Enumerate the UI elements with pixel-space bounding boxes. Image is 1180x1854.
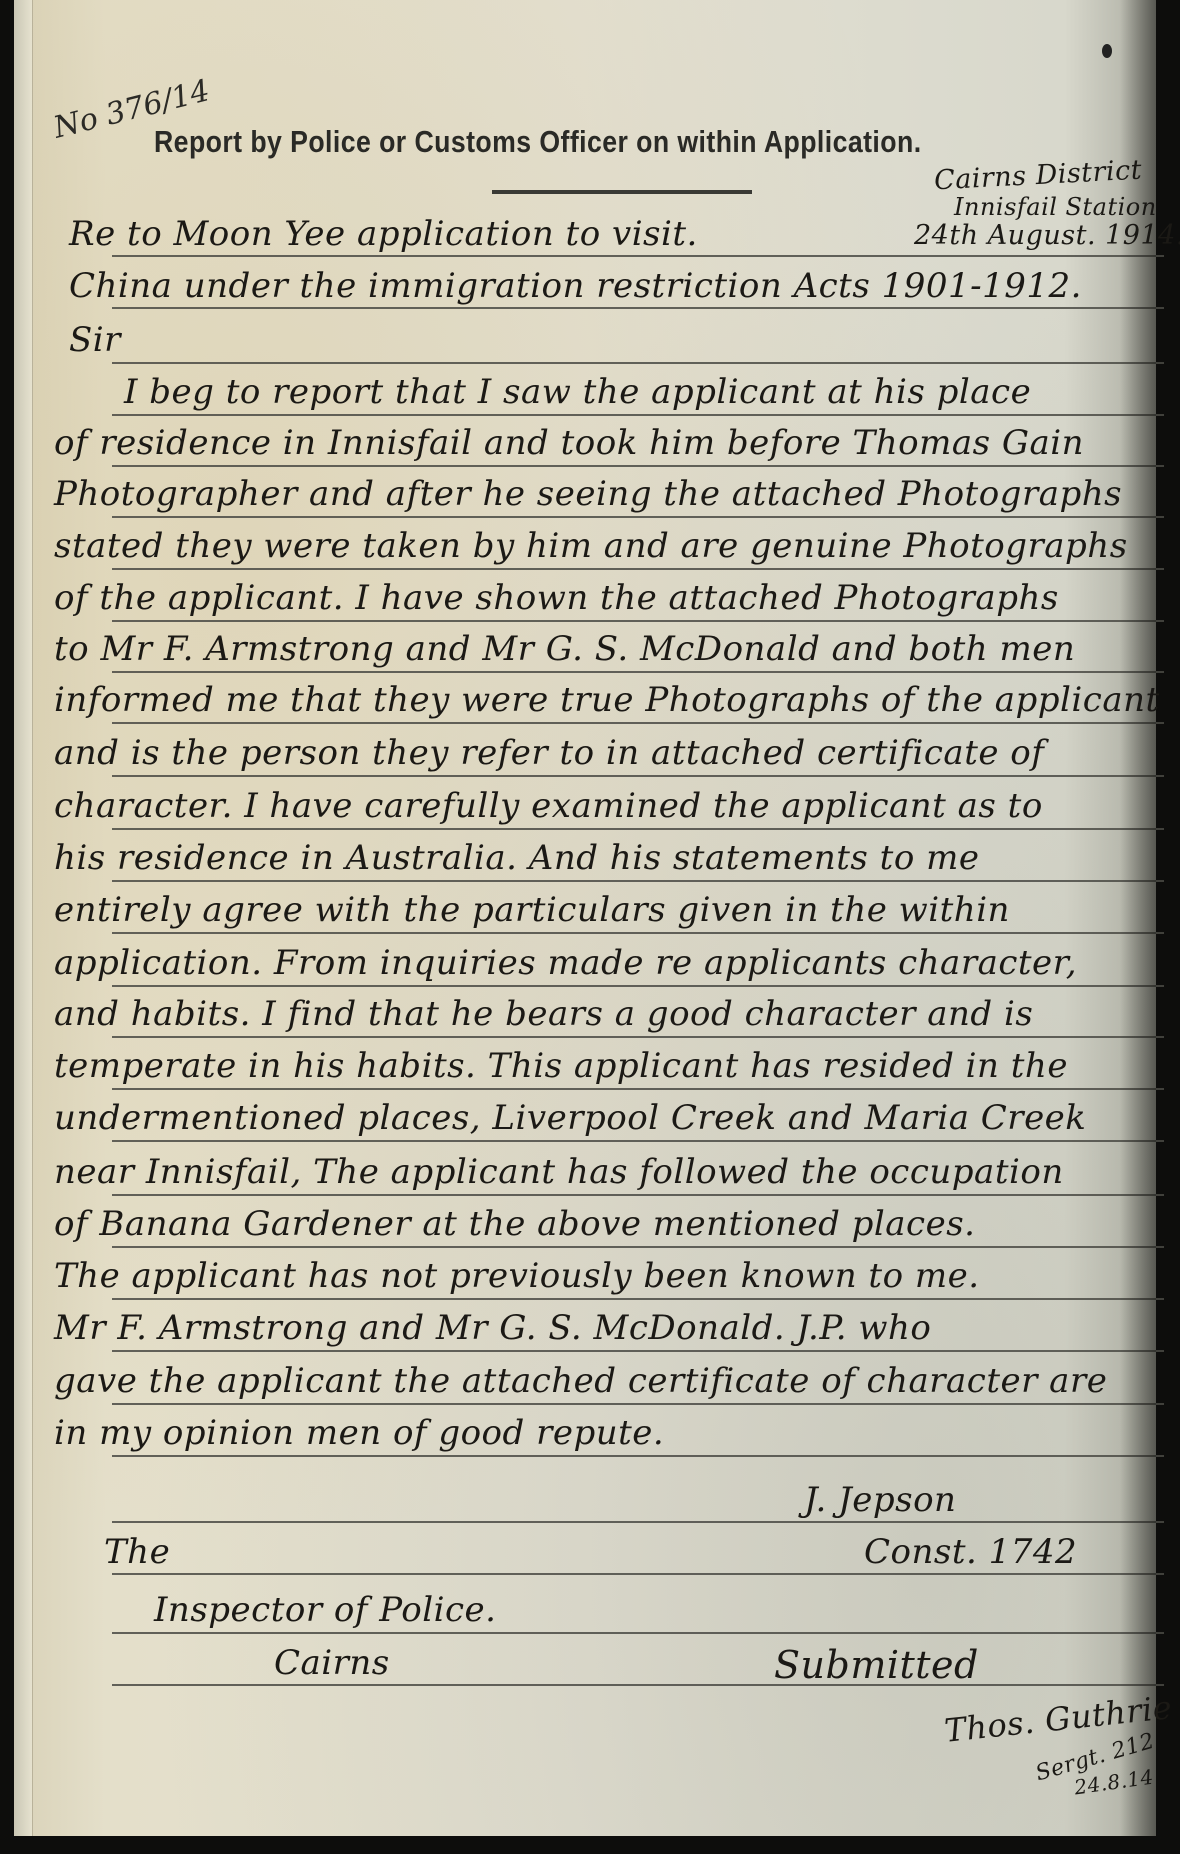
- body-line: I beg to report that I saw the applicant…: [124, 372, 1031, 412]
- ruled-line: [112, 620, 1164, 622]
- ruled-line: [112, 1521, 1164, 1523]
- body-line: Photographer and after he seeing the att…: [54, 474, 1122, 514]
- body-line: of residence in Innisfail and took him b…: [54, 423, 1084, 463]
- body-line: in my opinion men of good repute.: [54, 1413, 664, 1453]
- body-line: to Mr F. Armstrong and Mr G. S. McDonald…: [54, 629, 1075, 669]
- signature-rank: Const. 1742: [864, 1532, 1077, 1572]
- ruled-line: [112, 1088, 1164, 1090]
- ruled-line: [112, 516, 1164, 518]
- body-line: The applicant has not previously been kn…: [54, 1256, 980, 1296]
- body-line: near Innisfail, The applicant has follow…: [54, 1152, 1064, 1192]
- header-station: Innisfail Station: [954, 193, 1157, 221]
- ink-blot: [1102, 44, 1112, 58]
- title-underline: [492, 190, 752, 194]
- ruled-line: [112, 255, 1164, 257]
- ruled-line: [112, 1350, 1164, 1352]
- body-line: entirely agree with the particulars give…: [54, 890, 1010, 930]
- body-line: stated they were taken by him and are ge…: [54, 526, 1128, 566]
- ruled-line: [112, 362, 1164, 364]
- ruled-line: [112, 722, 1164, 724]
- ruled-line: [112, 414, 1164, 416]
- body-line: his residence in Australia. And his stat…: [54, 838, 979, 878]
- body-line: character. I have carefully examined the…: [54, 786, 1043, 826]
- ruled-line: [112, 1632, 1164, 1634]
- body-line: temperate in his habits. This applicant …: [54, 1046, 1068, 1086]
- body-line: undermentioned places, Liverpool Creek a…: [54, 1098, 1086, 1138]
- body-line: Mr F. Armstrong and Mr G. S. McDonald. J…: [54, 1308, 931, 1348]
- ruled-line: [112, 1298, 1164, 1300]
- body-line: and is the person they refer to in attac…: [54, 733, 1044, 773]
- body-line: and habits. I find that he bears a good …: [54, 994, 1033, 1034]
- subject-line-1: Re to Moon Yee application to visit.: [69, 214, 698, 254]
- document-page: No 376/14 Report by Police or Customs Of…: [14, 0, 1156, 1836]
- ruled-line: [112, 671, 1164, 673]
- ruled-line: [112, 985, 1164, 987]
- ruled-line: [112, 1573, 1164, 1575]
- body-line: application. From inquiries made re appl…: [54, 943, 1077, 983]
- ruled-line: [112, 1684, 1164, 1686]
- addressee-location: Cairns: [274, 1643, 390, 1683]
- ruled-line: [112, 1246, 1164, 1248]
- submitted-label: Submitted: [774, 1643, 979, 1687]
- ruled-line: [112, 1455, 1164, 1457]
- addressee-prefix: The: [104, 1532, 170, 1572]
- ruled-line: [112, 1140, 1164, 1142]
- header-date: 24th August. 1914.: [914, 220, 1180, 251]
- addressee-title: Inspector of Police.: [154, 1590, 496, 1630]
- ruled-line: [112, 1194, 1164, 1196]
- subject-line-2: China under the immigration restriction …: [69, 266, 1082, 306]
- salutation: Sir: [69, 320, 121, 360]
- submitted-signatory: Thos. Guthrie: [943, 1688, 1174, 1750]
- body-line: of Banana Gardener at the above mentione…: [54, 1204, 975, 1244]
- header-district: Cairns District: [933, 155, 1142, 197]
- body-line: informed me that they were true Photogra…: [54, 680, 1160, 720]
- ruled-line: [112, 880, 1164, 882]
- ruled-line: [112, 828, 1164, 830]
- ruled-line: [112, 1036, 1164, 1038]
- signature-name: J. Jepson: [804, 1480, 956, 1520]
- ruled-line: [112, 775, 1164, 777]
- body-line: of the applicant. I have shown the attac…: [54, 578, 1059, 618]
- printed-title: Report by Police or Customs Officer on w…: [154, 124, 922, 160]
- ruled-line: [112, 307, 1164, 309]
- ruled-line: [112, 932, 1164, 934]
- body-line: gave the applicant the attached certific…: [54, 1361, 1107, 1401]
- ruled-line: [112, 568, 1164, 570]
- ruled-line: [112, 1403, 1164, 1405]
- ruled-line: [112, 465, 1164, 467]
